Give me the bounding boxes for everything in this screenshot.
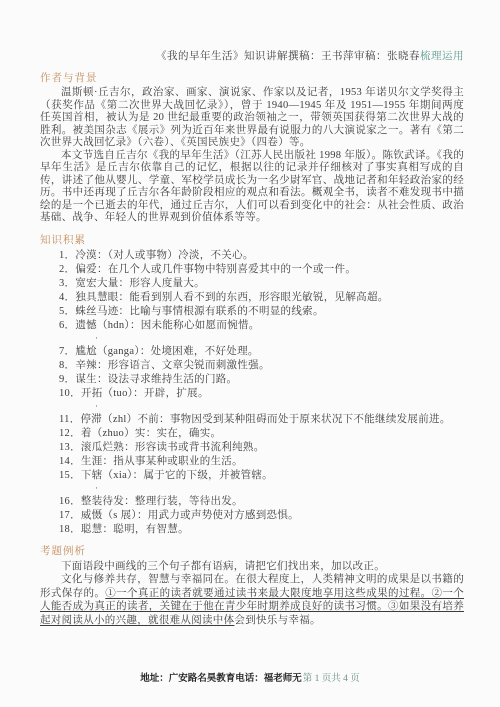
document-page: 《我的早年生活》知识讲解撰稿：王书萍审稿：张晓春梳理运用 作者与背景 温斯顿·丘… <box>0 0 500 707</box>
page-footer: 地址：广安路名昊教育电话：福老师无第 1 页共 4 页 <box>0 673 500 685</box>
stray-tone-mark: · <box>40 402 464 412</box>
vocab-item-14: 14．生涯：指从事某种或职业的生活。 <box>40 456 464 468</box>
vocab-item-15: 15．下辖（xia）：属于它的下级，并被管辖。 <box>40 470 464 482</box>
section-heading-knowledge: 知识积累 <box>40 234 464 247</box>
vocab-item-12: 12．着（zhuo）实：实在，确实。 <box>40 428 464 440</box>
section-heading-author-background: 作者与背景 <box>40 72 464 85</box>
vocab-item-9: 9．谋生：设法寻求维持生活的门路。 <box>40 374 464 386</box>
stray-tone-mark: · <box>40 334 464 344</box>
author-paragraph-1: 温斯顿·丘吉尔，政治家、画家、演说家、作家以及记者，1953 年诺贝尔文学奖得主… <box>40 87 464 150</box>
section-heading-exam-analysis: 考题例析 <box>40 545 464 558</box>
vocab-item-5: 5．蛛丝马迹：比喻与事情根源有联系的不明显的线索。 <box>40 306 464 318</box>
vocab-item-7: 7．尴尬（ganga）：处境困难，不好处理。 <box>40 346 464 358</box>
vocab-item-8: 8．辛辣：形容语言、文章尖锐而刺激性强。 <box>40 360 464 372</box>
exam-prompt: 下面语段中画线的三个句子都有语病，请把它们找出来，加以改正。 <box>40 560 464 574</box>
footer-page-number: 第 1 页共 4 页 <box>303 674 360 684</box>
vocab-item-3: 3．宽宏大量：形容人度量大。 <box>40 278 464 290</box>
author-paragraph-2: 本文节选自丘吉尔《我的早年生活》（江苏人民出版社 1998 年版）。陈钦武译。《… <box>40 150 464 225</box>
vocab-item-4: 4．独具慧眼：能看到别人看不到的东西，形容眼光敏锐，见解高超。 <box>40 292 464 304</box>
document-title: 《我的早年生活》知识讲解撰稿：王书萍审稿：张晓春梳理运用 <box>40 50 464 63</box>
footer-address: 地址：广安路名昊教育电话：福老师无 <box>140 674 302 684</box>
vocab-item-17: 17．威慑（s 展）：用武力或声势使对方感到恐惧。 <box>40 510 464 522</box>
exam-passage-tail: 会到快乐与幸福。 <box>234 615 320 626</box>
vocab-item-2: 2．偏爱：在几个人或几件事物中特别喜爱其中的一个或一件。 <box>40 264 464 276</box>
title-accent-text: 梳理运用 <box>420 51 464 62</box>
vocab-item-16: 16．整装待发：整理行装，等待出发。 <box>40 496 464 508</box>
vocab-item-11: 11．停滞（zhl）不前：事物因受到某种阻碍而处于原来状况下不能继续发展前进。 <box>40 414 464 426</box>
exam-passage: 文化与修养共存，智慧与幸福同在。在很大程度上，人类精神文明的成果是以书籍的形式保… <box>40 573 464 627</box>
title-text: 《我的早年生活》知识讲解撰稿：王书萍审稿：张晓春 <box>156 51 420 62</box>
vocabulary-list: 1．冷漠：（对人或事物）冷淡，不关心。 2．偏爱：在几个人或几件事物中特别喜爱其… <box>40 250 464 536</box>
vocab-item-18: 18．聪慧：聪明，有智慧。 <box>40 524 464 536</box>
vocab-item-6: 6．遗憾（hdn）：因未能称心如愿而惋惜。 <box>40 320 464 332</box>
vocab-item-1: 1．冷漠：（对人或事物）冷淡，不关心。 <box>40 250 464 262</box>
vocab-item-13: 13．滚瓜烂熟：形容读书或背书流利纯熟。 <box>40 442 464 454</box>
stray-tone-mark: · <box>40 484 464 494</box>
vocab-item-10: 10．开拓（tuo）：开辟，扩展。 <box>40 388 464 400</box>
